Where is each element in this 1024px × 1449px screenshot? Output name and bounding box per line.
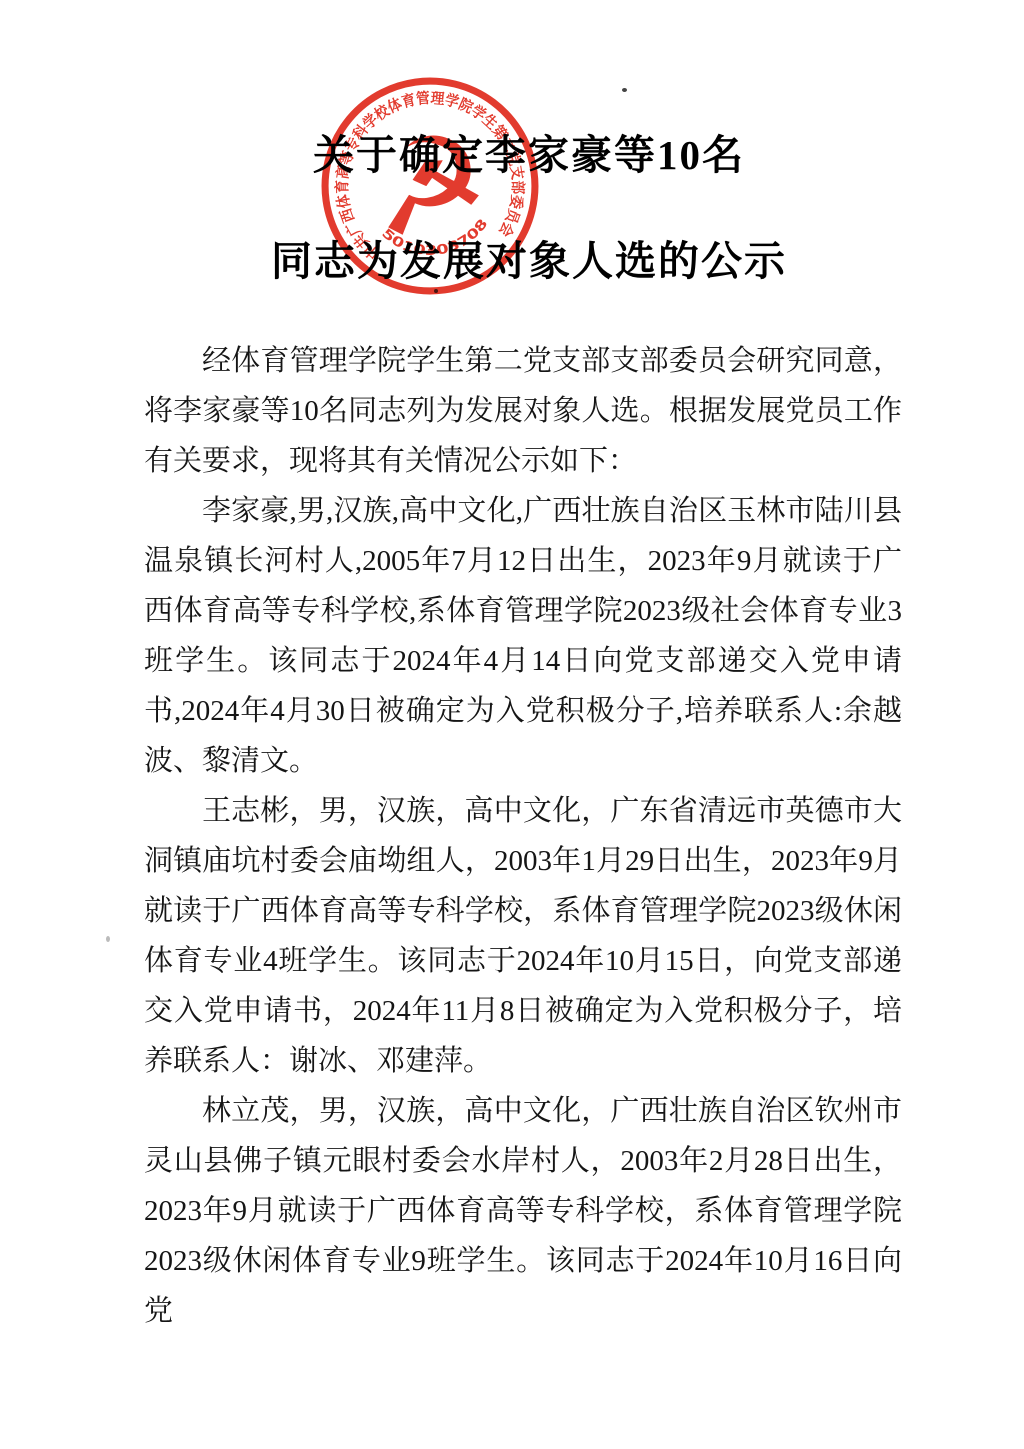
title-line-1: 关于确定李家豪等10名	[34, 122, 1024, 181]
paragraph-lin-limao: 林立茂，男，汉族，高中文化，广西壮族自治区钦州市灵山县佛子镇元眼村委会水岸村人，…	[144, 1086, 902, 1336]
document-body: 经体育管理学院学生第二党支部支部委员会研究同意，将李家豪等10名同志列为发展对象…	[144, 336, 902, 1336]
document-title: 关于确定李家豪等10名 同志为发展对象人选的公示	[0, 122, 1024, 287]
document-page: 中共广西体育高等专科学校体育管理学院学生第二党支部委员会 ☭ 501030370…	[0, 0, 1024, 1449]
paragraph-wang-zhibin: 王志彬，男，汉族，高中文化，广东省清远市英德市大洞镇庙坑村委会庙坳组人，2003…	[144, 786, 902, 1086]
title-line-2: 同志为发展对象人选的公示	[34, 228, 1024, 287]
paragraph-li-jiahao: 李家豪,男,汉族,高中文化,广西壮族自治区玉林市陆川县温泉镇长河村人,2005年…	[144, 486, 902, 786]
paragraph-intro: 经体育管理学院学生第二党支部支部委员会研究同意，将李家豪等10名同志列为发展对象…	[144, 336, 902, 486]
scan-artifact	[622, 88, 627, 92]
scan-artifact	[106, 936, 110, 942]
